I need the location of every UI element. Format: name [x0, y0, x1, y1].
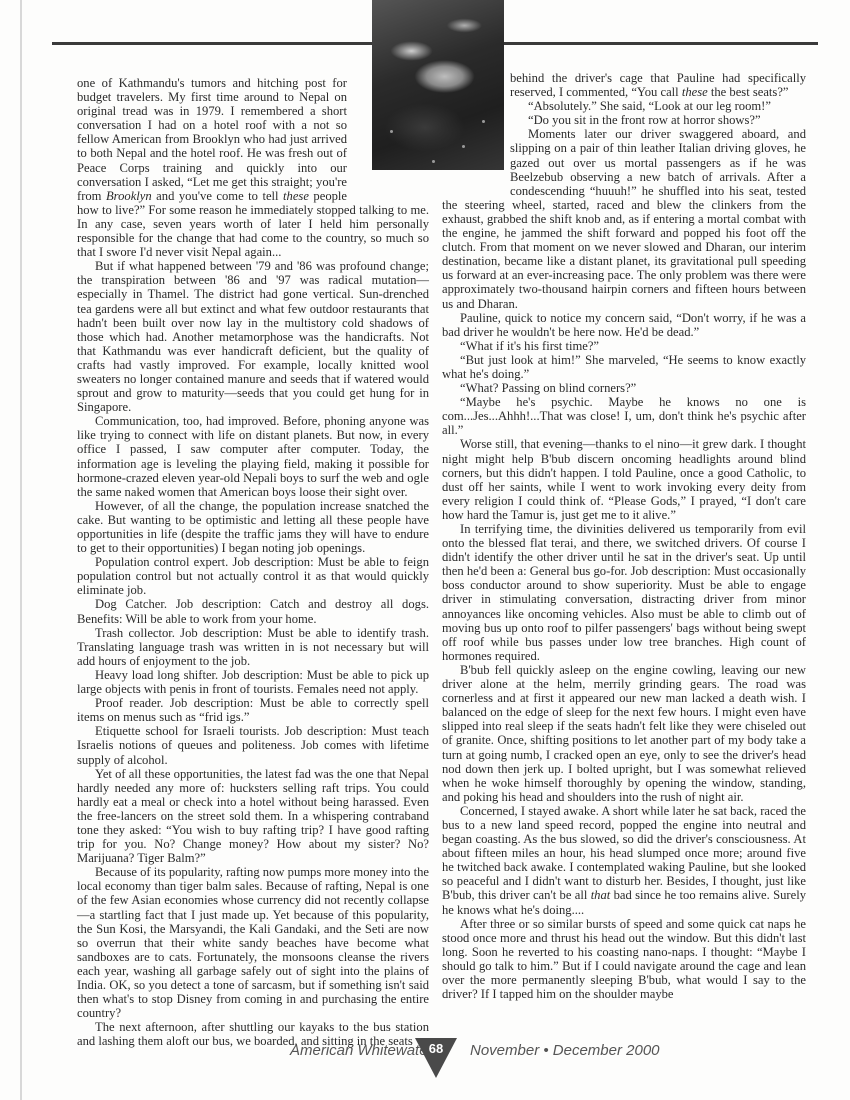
- page-edge-shadow: [20, 0, 22, 1100]
- header-rule-left: [52, 42, 374, 45]
- job-listing: Proof reader. Job description: Must be a…: [77, 696, 429, 724]
- paragraph: Concerned, I stayed awake. A short while…: [442, 804, 806, 917]
- photo-detail: [432, 160, 435, 163]
- paragraph: Worse still, that evening—thanks to el n…: [442, 437, 806, 522]
- dialogue-line: “Maybe he's psychic. Maybe he knows no o…: [442, 395, 806, 437]
- paragraph: Pauline, quick to notice my concern said…: [442, 311, 806, 339]
- paragraph: After three or so similar bursts of spee…: [442, 917, 806, 1002]
- page-number: 68: [415, 1041, 457, 1056]
- paragraph: However, of all the change, the populati…: [77, 499, 429, 555]
- photo-text-wrap: [442, 71, 504, 185]
- paragraph: Yet of all these opportunities, the late…: [77, 767, 429, 866]
- paragraph: B'bub fell quickly asleep on the engine …: [442, 663, 806, 804]
- article-column-left: one of Kathmandu's tumors and hitching p…: [77, 76, 429, 1048]
- paragraph: In terrifying time, the divinities deliv…: [442, 522, 806, 663]
- header-rule-right: [500, 42, 818, 45]
- dialogue-line: “What if it's his first time?”: [442, 339, 806, 353]
- page-footer: American Whitewater 68 November • Decemb…: [0, 1034, 850, 1074]
- paragraph: But if what happened between '79 and '86…: [77, 259, 429, 414]
- dialogue-line: “But just look at him!” She marveled, “H…: [442, 353, 806, 381]
- job-listing: Trash collector. Job description: Must b…: [77, 626, 429, 668]
- paragraph: Communication, too, had improved. Before…: [77, 414, 429, 499]
- issue-date: November • December 2000: [470, 1042, 660, 1059]
- photo-text-wrap: [353, 76, 429, 190]
- paragraph: Because of its popularity, rafting now p…: [77, 865, 429, 1020]
- job-listing: Etiquette school for Israeli tourists. J…: [77, 724, 429, 766]
- publication-name: American Whitewater: [290, 1042, 433, 1059]
- dialogue-line: “What? Passing on blind corners?”: [442, 381, 806, 395]
- job-listing: Dog Catcher. Job description: Catch and …: [77, 597, 429, 625]
- job-listing: Population control expert. Job descripti…: [77, 555, 429, 597]
- article-column-right: behind the driver's cage that Pauline ha…: [442, 71, 806, 1001]
- job-listing: Heavy load long shifter. Job description…: [77, 668, 429, 696]
